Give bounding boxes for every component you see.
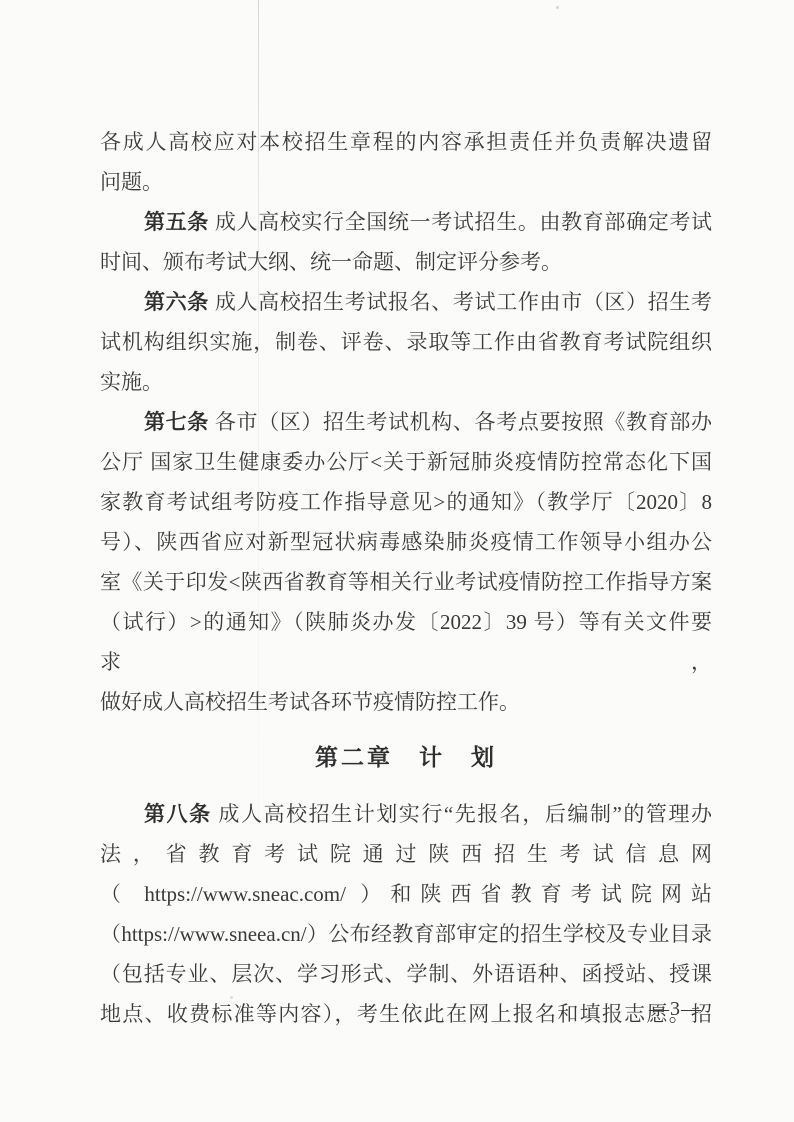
line-text: 问题。	[100, 170, 163, 194]
line-text: 家教育考试组考防疫工作指导意见>的通知》（教学厅〔2020〕8	[100, 490, 712, 514]
text-line: 做好成人高校招生考试各环节疫情防控工作。	[100, 682, 712, 722]
line-text: 做好成人高校招生考试各环节疫情防控工作。	[100, 690, 520, 714]
line-text: 成人高校招生考试报名、考试工作由市（区）招生考	[209, 290, 712, 314]
text-line: 室《关于印发<陕西省教育等相关行业考试疫情防控工作指导方案	[100, 562, 712, 602]
text-line: 问题。	[100, 162, 712, 202]
line-text: 公厅 国家卫生健康委办公厅<关于新冠肺炎疫情防控常态化下国	[100, 450, 712, 474]
line-text: （包括专业、层次、学习形式、学制、外语语种、函授站、授课	[100, 962, 712, 986]
line-text: 成人高校实行全国统一考试招生。由教育部确定考试	[209, 210, 712, 234]
page-number: —3—	[649, 998, 702, 1021]
line-text: （试行）>的通知》（陕肺炎办发〔2022〕39 号）等有关文件要求，	[100, 610, 712, 674]
chapter-heading: 第二章 计 划	[100, 738, 712, 778]
text-line: 第八条 成人高校招生计划实行“先报名，后编制”的管理办	[100, 794, 712, 834]
line-text: 实施。	[100, 370, 163, 394]
text-line: 第六条 成人高校招生考试报名、考试工作由市（区）招生考	[100, 282, 712, 322]
line-text: 成人高校招生计划实行“先报名，后编制”的管理办	[212, 802, 712, 826]
document-page: 各成人高校应对本校招生章程的内容承担责任并负责解决遗留 问题。 第五条 成人高校…	[0, 0, 794, 1122]
article-number: 第六条	[144, 290, 209, 314]
line-text: 法，省教育考试院通过陕西招生考试信息网	[100, 842, 712, 866]
text-line: （https://www.sneea.cn/）公布经教育部审定的招生学校及专业目…	[100, 914, 712, 954]
line-text: 号）、陕西省应对新型冠状病毒感染肺炎疫情工作领导小组办公	[100, 530, 712, 554]
line-text: （https://www.sneea.cn/）公布经教育部审定的招生学校及专业目…	[100, 922, 712, 946]
text-line: 法，省教育考试院通过陕西招生考试信息网	[100, 834, 712, 874]
text-line: （包括专业、层次、学习形式、学制、外语语种、函授站、授课	[100, 954, 712, 994]
line-text: 时间、颁布考试大纲、统一命题、制定评分参考。	[100, 250, 562, 274]
line-text: （ https://www.sneac.com/ ）和陕西省教育考试院网站	[100, 882, 712, 906]
text-line: （试行）>的通知》（陕肺炎办发〔2022〕39 号）等有关文件要求，	[100, 602, 712, 682]
article-number: 第八条	[144, 802, 212, 826]
document-body: 各成人高校应对本校招生章程的内容承担责任并负责解决遗留 问题。 第五条 成人高校…	[100, 122, 712, 1034]
scan-artifact-speck	[556, 6, 559, 9]
text-line: 家教育考试组考防疫工作指导意见>的通知》（教学厅〔2020〕8	[100, 482, 712, 522]
text-line: 第七条 各市（区）招生考试机构、各考点要按照《教育部办	[100, 402, 712, 442]
text-line: 试机构组织实施，制卷、评卷、录取等工作由省教育考试院组织	[100, 322, 712, 362]
article-number: 第七条	[144, 410, 209, 434]
text-line: 号）、陕西省应对新型冠状病毒感染肺炎疫情工作领导小组办公	[100, 522, 712, 562]
text-line: 地点、收费标准等内容），考生依此在网上报名和填报志愿。招	[100, 994, 712, 1034]
text-line: （ https://www.sneac.com/ ）和陕西省教育考试院网站	[100, 874, 712, 914]
text-line: 公厅 国家卫生健康委办公厅<关于新冠肺炎疫情防控常态化下国	[100, 442, 712, 482]
article-number: 第五条	[144, 210, 209, 234]
line-text: 各市（区）招生考试机构、各考点要按照《教育部办	[209, 410, 712, 434]
line-text: 试机构组织实施，制卷、评卷、录取等工作由省教育考试院组织	[100, 330, 712, 354]
text-line: 时间、颁布考试大纲、统一命题、制定评分参考。	[100, 242, 712, 282]
text-line: 第五条 成人高校实行全国统一考试招生。由教育部确定考试	[100, 202, 712, 242]
line-text: 室《关于印发<陕西省教育等相关行业考试疫情防控工作指导方案	[100, 570, 712, 594]
line-text: 各成人高校应对本校招生章程的内容承担责任并负责解决遗留	[100, 130, 712, 154]
line-text: 地点、收费标准等内容），考生依此在网上报名和填报志愿。招	[100, 1002, 712, 1026]
text-line: 实施。	[100, 362, 712, 402]
text-line: 各成人高校应对本校招生章程的内容承担责任并负责解决遗留	[100, 122, 712, 162]
